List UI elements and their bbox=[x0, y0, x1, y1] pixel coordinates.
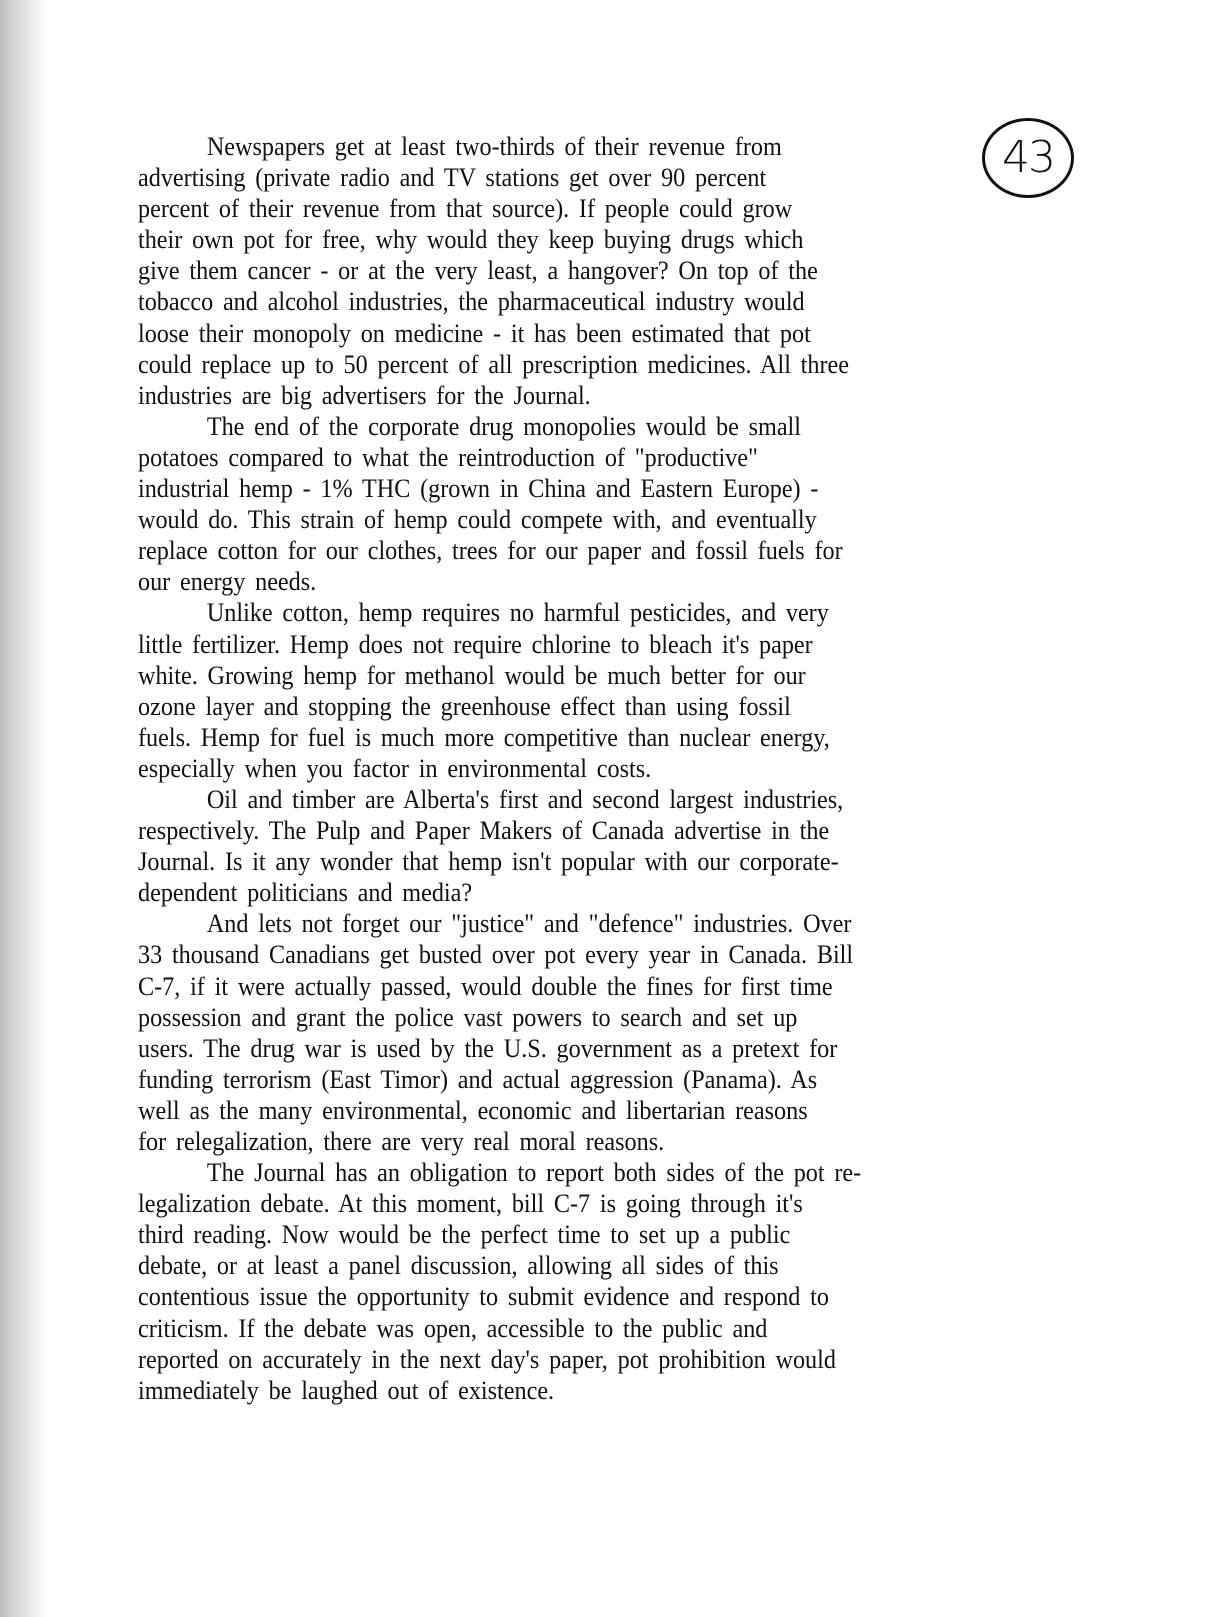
text-line: Journal. Is it any wonder that hemp isn'… bbox=[138, 846, 994, 877]
text-line: funding terrorism (East Timor) and actua… bbox=[138, 1064, 994, 1095]
text-line: Newspapers get at least two-thirds of th… bbox=[138, 131, 994, 162]
text-line: industries are big advertisers for the J… bbox=[138, 380, 994, 411]
paragraph: The Journal has an obligation to report … bbox=[138, 1157, 994, 1406]
text-line: Oil and timber are Alberta's first and s… bbox=[138, 784, 994, 815]
text-line: respectively. The Pulp and Paper Makers … bbox=[138, 815, 994, 846]
text-line: dependent politicians and media? bbox=[138, 877, 994, 908]
text-line: would do. This strain of hemp could comp… bbox=[138, 504, 994, 535]
paragraph: Oil and timber are Alberta's first and s… bbox=[138, 784, 994, 908]
document-body: Newspapers get at least two-thirds of th… bbox=[138, 131, 994, 1406]
text-line: potatoes compared to what the reintroduc… bbox=[138, 442, 994, 473]
paragraph: And lets not forget our "justice" and "d… bbox=[138, 908, 994, 1157]
text-line: criticism. If the debate was open, acces… bbox=[138, 1313, 994, 1344]
text-line: tobacco and alcohol industries, the phar… bbox=[138, 286, 994, 317]
text-line: their own pot for free, why would they k… bbox=[138, 224, 994, 255]
text-line: Unlike cotton, hemp requires no harmful … bbox=[138, 597, 994, 628]
text-line: C-7, if it were actually passed, would d… bbox=[138, 971, 994, 1002]
text-line: advertising (private radio and TV statio… bbox=[138, 162, 994, 193]
text-line: users. The drug war is used by the U.S. … bbox=[138, 1033, 994, 1064]
text-line: industrial hemp - 1% THC (grown in China… bbox=[138, 473, 994, 504]
text-line: contentious issue the opportunity to sub… bbox=[138, 1281, 994, 1312]
text-line: especially when you factor in environmen… bbox=[138, 753, 994, 784]
text-line: well as the many environmental, economic… bbox=[138, 1095, 994, 1126]
text-line: ozone layer and stopping the greenhouse … bbox=[138, 691, 994, 722]
text-line: legalization debate. At this moment, bil… bbox=[138, 1188, 994, 1219]
text-line: give them cancer - or at the very least,… bbox=[138, 255, 994, 286]
text-line: possession and grant the police vast pow… bbox=[138, 1002, 994, 1033]
text-line: loose their monopoly on medicine - it ha… bbox=[138, 318, 994, 349]
text-line: 33 thousand Canadians get busted over po… bbox=[138, 939, 994, 970]
text-line: And lets not forget our "justice" and "d… bbox=[138, 908, 994, 939]
text-line: immediately be laughed out of existence. bbox=[138, 1375, 994, 1406]
text-line: little fertilizer. Hemp does not require… bbox=[138, 629, 994, 660]
text-line: debate, or at least a panel discussion, … bbox=[138, 1250, 994, 1281]
text-line: The Journal has an obligation to report … bbox=[138, 1157, 994, 1188]
text-line: percent of their revenue from that sourc… bbox=[138, 193, 994, 224]
text-line: could replace up to 50 percent of all pr… bbox=[138, 349, 994, 380]
paragraph: Unlike cotton, hemp requires no harmful … bbox=[138, 597, 994, 784]
text-line: third reading. Now would be the perfect … bbox=[138, 1219, 994, 1250]
paragraph: Newspapers get at least two-thirds of th… bbox=[138, 131, 994, 411]
page-number-circled: 43 bbox=[982, 118, 1074, 198]
text-line: white. Growing hemp for methanol would b… bbox=[138, 660, 994, 691]
text-line: our energy needs. bbox=[138, 566, 994, 597]
text-line: reported on accurately in the next day's… bbox=[138, 1344, 994, 1375]
text-line: for relegalization, there are very real … bbox=[138, 1126, 994, 1157]
text-line: replace cotton for our clothes, trees fo… bbox=[138, 535, 994, 566]
text-line: fuels. Hemp for fuel is much more compet… bbox=[138, 722, 994, 753]
paragraph: The end of the corporate drug monopolies… bbox=[138, 411, 994, 598]
scan-shadow-edge bbox=[0, 0, 48, 1617]
text-line: The end of the corporate drug monopolies… bbox=[138, 411, 994, 442]
